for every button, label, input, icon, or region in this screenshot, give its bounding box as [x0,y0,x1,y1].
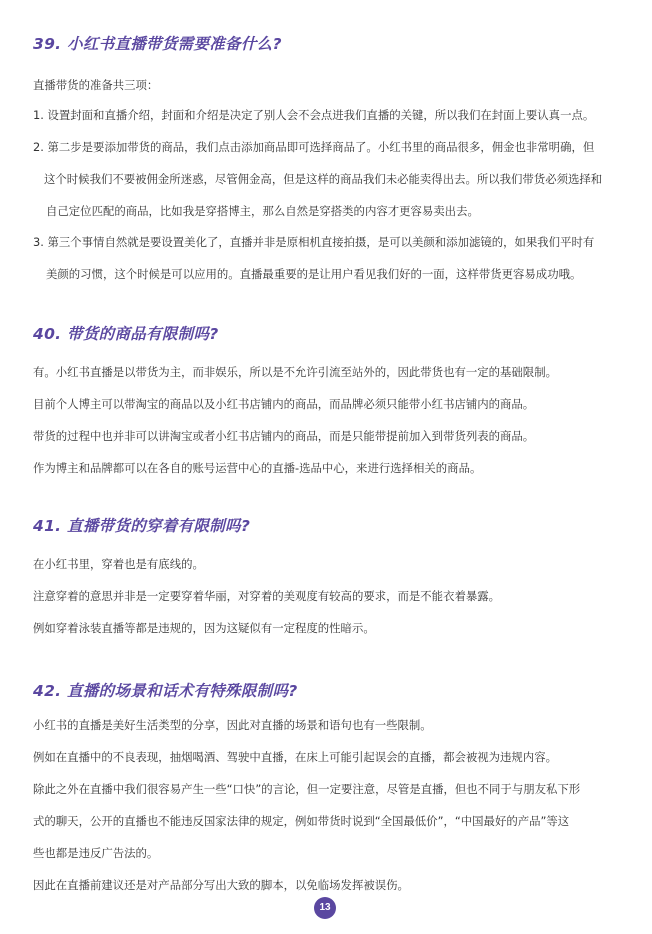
section-42-body: 小红书的直播是美好生活类型的分享，因此对直播的场景和语句也有一些限制。 例如在直… [33,0,628,900]
paragraph: 些也都是违反广告法的。 [33,845,158,861]
paragraph: 因此在直播前建议还是对产品部分写出大致的脚本，以免临场发挥被误伤。 [33,877,409,893]
paragraph: 例如在直播中的不良表现，抽烟喝酒、驾驶中直播，在床上可能引起误会的直播，都会被视… [33,749,557,765]
paragraph: 除此之外在直播中我们很容易产生一些“口快”的言论，但一定要注意，尽管是直播，但也… [33,781,580,797]
page-number-badge: 13 [314,897,336,919]
document-page: 39. 小红书直播带货需要准备什么? 直播带货的准备共三项： 1. 设置封面和直… [0,0,652,934]
paragraph: 式的聊天，公开的直播也不能违反国家法律的规定，例如带货时说到“全国最低价”，“中… [33,813,569,829]
paragraph: 小红书的直播是美好生活类型的分享，因此对直播的场景和语句也有一些限制。 [33,717,432,733]
